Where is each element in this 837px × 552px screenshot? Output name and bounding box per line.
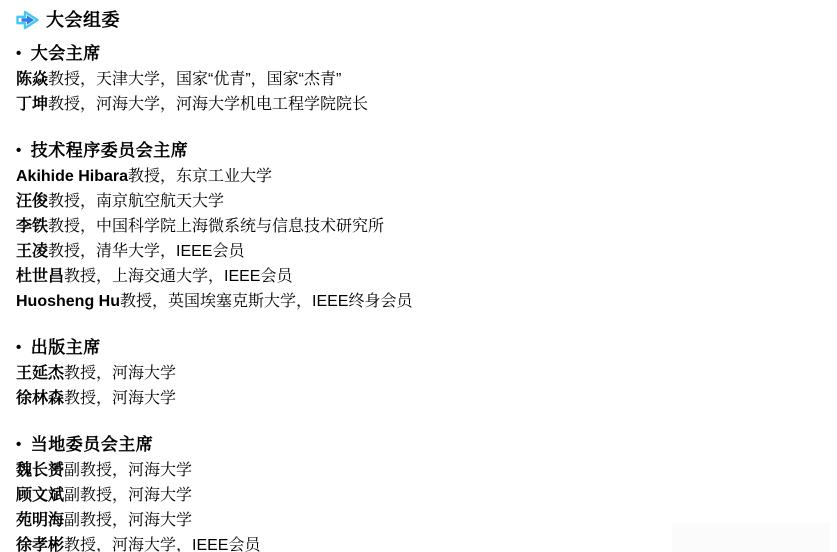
member-line: 顾文斌副教授，河海大学 xyxy=(16,483,837,508)
member-line: 陈焱教授，天津大学，国家“优青”，国家“杰青” xyxy=(16,67,837,92)
member-name: 王延杰 xyxy=(16,365,64,382)
section-title: •技术程序委员会主席 xyxy=(16,138,837,164)
member-detail: 教授，英国埃塞克斯大学，IEEE终身会员 xyxy=(120,293,412,310)
page-title: 大会组委 xyxy=(46,7,120,33)
arrow-right-icon xyxy=(16,10,39,30)
member-name: Huosheng Hu xyxy=(16,293,120,310)
member-detail: 教授，天津大学，国家“优青”，国家“杰青” xyxy=(48,71,341,88)
member-name: 王凌 xyxy=(16,243,48,260)
member-detail: 教授，清华大学，IEEE会员 xyxy=(48,243,244,260)
member-line: Akihide Hibara教授，东京工业大学 xyxy=(16,164,837,189)
member-name: 徐林森 xyxy=(16,390,64,407)
section-title: •出版主席 xyxy=(16,335,837,361)
member-name: 魏长赟 xyxy=(16,462,64,479)
member-line: 杜世昌教授，上海交通大学，IEEE会员 xyxy=(16,264,837,289)
member-line: 丁坤教授，河海大学，河海大学机电工程学院院长 xyxy=(16,92,837,117)
member-name: 苑明海 xyxy=(16,512,64,529)
committee-page: 大会组委 •大会主席陈焱教授，天津大学，国家“优青”，国家“杰青”丁坤教授，河海… xyxy=(0,0,837,552)
member-name: 李铁 xyxy=(16,218,48,235)
section-title-label: 技术程序委员会主席 xyxy=(31,141,189,160)
section-title: •大会主席 xyxy=(16,41,837,67)
section-title-label: 出版主席 xyxy=(31,338,101,357)
member-detail: 教授，南京航空航天大学 xyxy=(48,193,224,210)
member-detail: 教授，中国科学院上海微系统与信息技术研究所 xyxy=(48,218,384,235)
committee-section: •出版主席王延杰教授，河海大学徐林森教授，河海大学 xyxy=(16,335,837,411)
committee-document: 大会组委 •大会主席陈焱教授，天津大学，国家“优青”，国家“杰青”丁坤教授，河海… xyxy=(16,7,837,552)
member-name: 丁坤 xyxy=(16,96,48,113)
member-name: 汪俊 xyxy=(16,193,48,210)
section-title: •当地委员会主席 xyxy=(16,432,837,458)
corner-shade xyxy=(672,523,830,552)
member-name: 陈焱 xyxy=(16,71,48,88)
member-line: Huosheng Hu教授，英国埃塞克斯大学，IEEE终身会员 xyxy=(16,289,837,314)
committee-section: •大会主席陈焱教授，天津大学，国家“优青”，国家“杰青”丁坤教授，河海大学，河海… xyxy=(16,41,837,117)
member-name: 顾文斌 xyxy=(16,487,64,504)
committee-sections: •大会主席陈焱教授，天津大学，国家“优青”，国家“杰青”丁坤教授，河海大学，河海… xyxy=(16,41,837,552)
page-header: 大会组委 xyxy=(16,7,837,33)
bullet-icon: • xyxy=(16,45,22,62)
member-line: 徐林森教授，河海大学 xyxy=(16,386,837,411)
member-name: 杜世昌 xyxy=(16,268,64,285)
member-detail: 教授，河海大学，河海大学机电工程学院院长 xyxy=(48,96,368,113)
section-title-label: 当地委员会主席 xyxy=(31,435,154,454)
member-line: 汪俊教授，南京航空航天大学 xyxy=(16,189,837,214)
member-name: Akihide Hibara xyxy=(16,168,128,185)
committee-section: •技术程序委员会主席Akihide Hibara教授，东京工业大学汪俊教授，南京… xyxy=(16,138,837,314)
member-line: 魏长赟副教授，河海大学 xyxy=(16,458,837,483)
member-detail: 副教授，河海大学 xyxy=(64,512,192,529)
member-name: 徐孝彬 xyxy=(16,537,64,552)
member-detail: 副教授，河海大学 xyxy=(64,487,192,504)
bullet-icon: • xyxy=(16,436,22,453)
member-detail: 教授，上海交通大学，IEEE会员 xyxy=(64,268,292,285)
section-title-label: 大会主席 xyxy=(31,44,101,63)
member-detail: 教授，东京工业大学 xyxy=(128,168,272,185)
member-detail: 副教授，河海大学 xyxy=(64,462,192,479)
member-line: 李铁教授，中国科学院上海微系统与信息技术研究所 xyxy=(16,214,837,239)
member-detail: 教授，河海大学 xyxy=(64,390,176,407)
bullet-icon: • xyxy=(16,339,22,356)
member-detail: 教授，河海大学 xyxy=(64,365,176,382)
bullet-icon: • xyxy=(16,142,22,159)
member-line: 王延杰教授，河海大学 xyxy=(16,361,837,386)
member-detail: 教授，河海大学，IEEE会员 xyxy=(64,537,260,552)
member-line: 王凌教授，清华大学，IEEE会员 xyxy=(16,239,837,264)
